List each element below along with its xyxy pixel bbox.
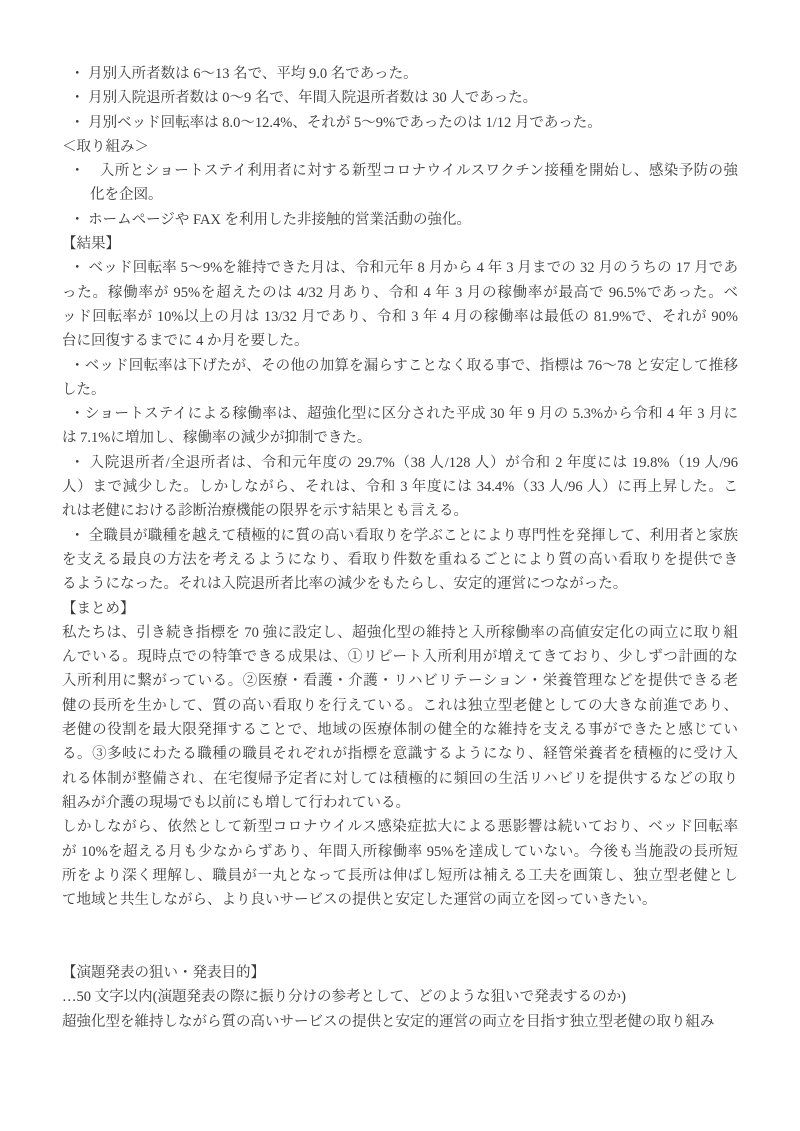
bullet-line: ・ 入院退所者/全退所者は、令和元年度の 29.7%（38 人/128 人）が令… <box>62 451 738 475</box>
bullet-line: ・ ベッド回転率 5～9%を維持できた月は、令和元年 8 月から 4 年 3 月… <box>62 256 738 280</box>
document-page: ・ 月別入所者数は 6～13 名で、平均 9.0 名であった。・ 月別入院退所者… <box>0 0 800 1131</box>
blank-line <box>62 937 738 961</box>
text-line: した。 <box>62 378 738 402</box>
text-line: った。稼働率が 95%を超えたのは 4/32 月あり、令和 4 年 3 月の稼働… <box>62 281 738 305</box>
bullet-line: ・ 月別入院退所者数は 0～9 名で、年間入院退所者数は 30 人であった。 <box>62 86 738 110</box>
section-heading-torikumi: ＜取り組み＞ <box>62 135 738 159</box>
text-line: 化を企図。 <box>62 183 738 207</box>
section-heading-kekka: 【結果】 <box>62 232 738 256</box>
bullet-line: ・ ホームページや FAX を利用した非接触的営業活動の強化。 <box>62 208 738 232</box>
bullet-line: ・ 全職員が職種を越えて積極的に質の高い看取りを学ぶことにより専門性を発揮して、… <box>62 524 738 548</box>
blank-line <box>62 912 738 936</box>
text-line: て地域と共生しながら、より良いサービスの提供と安定した運営の両立を図っていきたい… <box>62 888 738 912</box>
bullet-line: ・ベッド回転率は下げたが、その他の加算を漏らすことなく取る事で、指標は 76～7… <box>62 354 738 378</box>
document-body: ・ 月別入所者数は 6～13 名で、平均 9.0 名であった。・ 月別入院退所者… <box>62 62 738 1034</box>
text-line: るようになった。それは入院退所者比率の減少をもたらし、安定的運営につながった。 <box>62 572 738 596</box>
text-line: れる体制が整備され、在宅復帰予定者に対しては積極的に頻回の生活リハビリを提供する… <box>62 767 738 791</box>
bullet-line: ・ 入所とショートステイ利用者に対する新型コロナウイルスワクチン接種を開始し、感… <box>62 159 738 183</box>
text-line: しかしながら、依然として新型コロナウイルス感染症拡大による悪影響は続いており、ベ… <box>62 815 738 839</box>
text-line: んでいる。現時点での特筆できる成果は、①リピート入所利用が増えてきており、少しず… <box>62 645 738 669</box>
text-line: は 7.1%に増加し、稼働率の減少が抑制できた。 <box>62 426 738 450</box>
text-line: る。③多岐にわたる職種の職員それぞれが指標を意識するようになり、経管栄養者を積極… <box>62 742 738 766</box>
bullet-line: ・ショートステイによる稼働率は、超強化型に区分された平成 30 年 9 月の 5… <box>62 402 738 426</box>
bullet-line: ・ 月別ベッド回転率は 8.0～12.4%、それが 5～9%であったのは 1/1… <box>62 111 738 135</box>
text-line: 私たちは、引き続き指標を 70 強に設定し、超強化型の維持と入所稼働率の高値安定… <box>62 621 738 645</box>
text-line: 台に回復するまでに 4 か月を要した。 <box>62 329 738 353</box>
text-line: 入所利用に繋がっている。②医療・看護・介護・リハビリテーション・栄養管理などを提… <box>62 669 738 693</box>
text-line: れは老健における診断治療機能の限界を示す結果とも言える。 <box>62 499 738 523</box>
text-line: を支える最良の方法を考えるようになり、看取り件数を重ねるごとにより質の高い看取り… <box>62 548 738 572</box>
text-line: 超強化型を維持しながら質の高いサービスの提供と安定的運営の両立を目指す独立型老健… <box>62 1010 738 1034</box>
text-line: 老健の役割を最大限発揮することで、地域の医療体制の健全的な維持を支える事ができた… <box>62 718 738 742</box>
text-line: 所をより深く理解し、職員が一丸となって長所は伸ばし短所は補える工夫を画策し、独立… <box>62 864 738 888</box>
text-line: 人）まで減少した。しかしながら、それは、令和 3 年度には 34.4%（33 人… <box>62 475 738 499</box>
bullet-line: ・ 月別入所者数は 6～13 名で、平均 9.0 名であった。 <box>62 62 738 86</box>
section-heading-matome: 【まとめ】 <box>62 597 738 621</box>
text-line: ッド回転率が 10%以上の月は 13/32 月であり、令和 3 年 4 月の稼働… <box>62 305 738 329</box>
text-line: 組みが介護の現場でも以前にも増して行われている。 <box>62 791 738 815</box>
text-line: …50 文字以内(演題発表の際に振り分けの参考として、どのような狙いで発表するの… <box>62 985 738 1009</box>
text-line: 健の長所を生かして、質の高い看取りを行えている。これは独立型老健としての大きな前… <box>62 694 738 718</box>
text-line: が 10%を超える月も少なからずあり、年間入所稼働率 95%を達成していない。今… <box>62 840 738 864</box>
section-heading-endai: 【演題発表の狙い・発表目的】 <box>62 961 738 985</box>
